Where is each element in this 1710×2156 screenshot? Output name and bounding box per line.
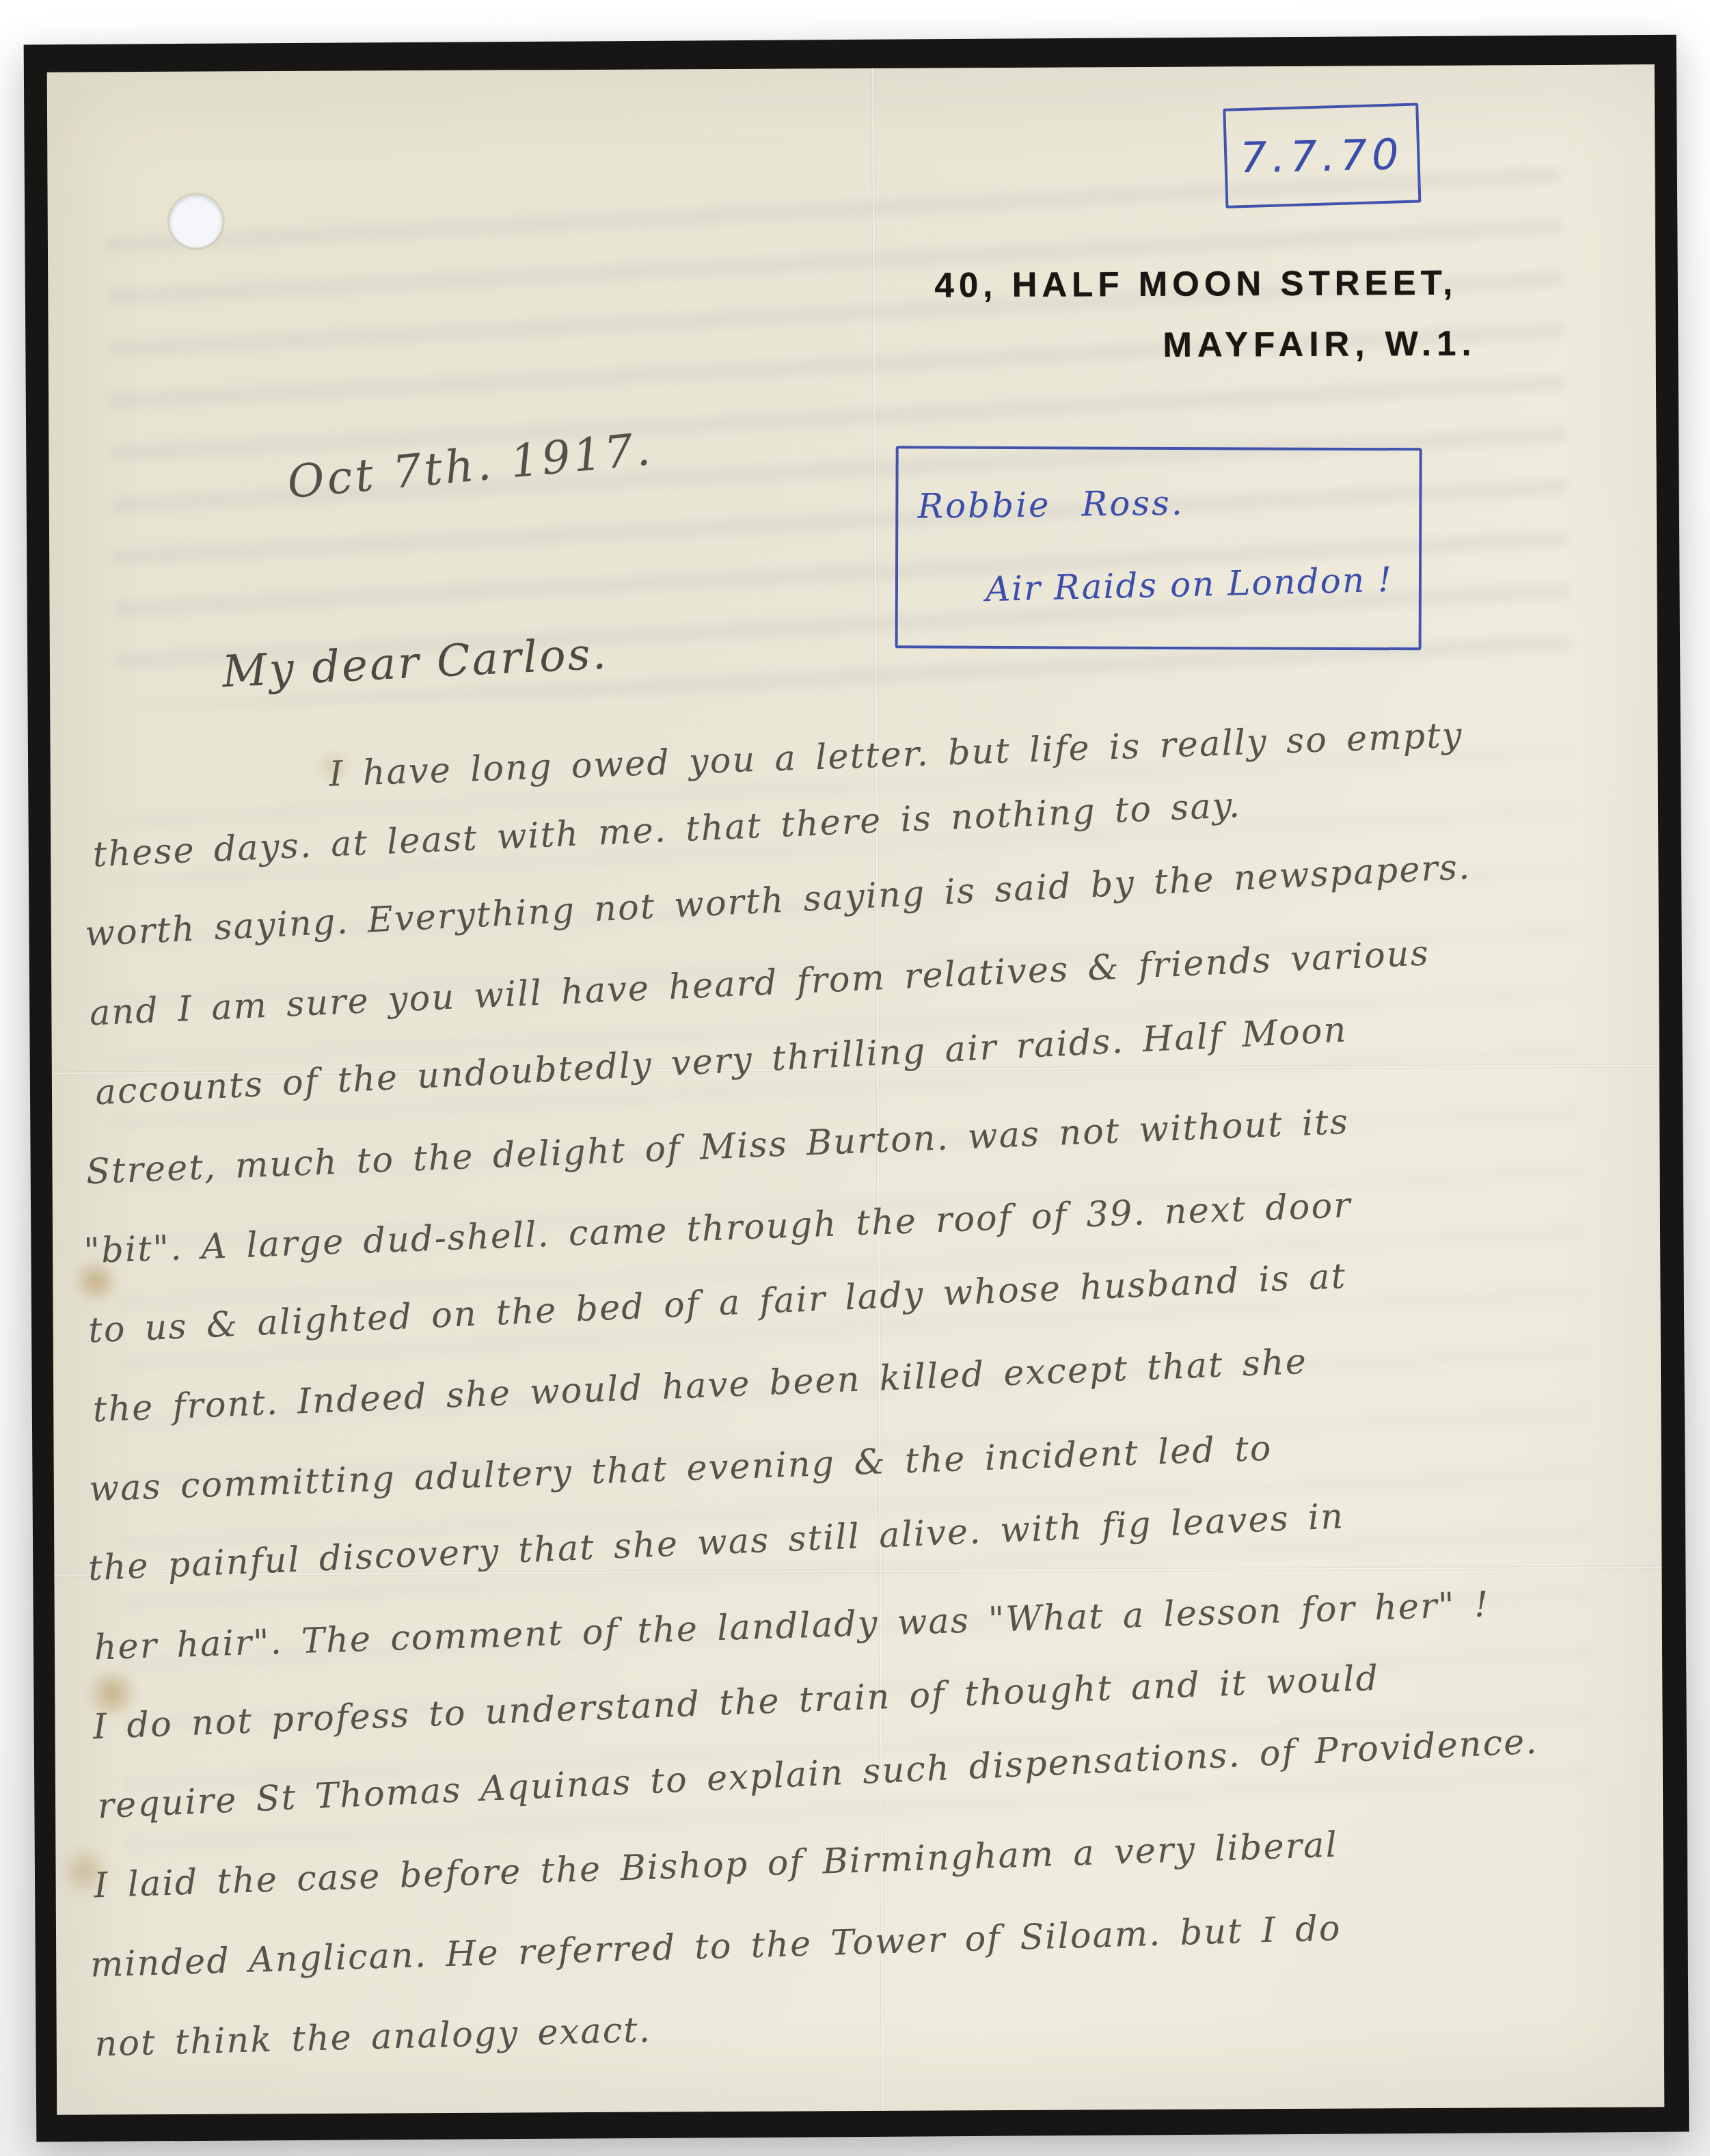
photo-background: { "annotations": { "archival_date": "7.7…: [0, 0, 1710, 2156]
body-line: not think the analogy exact.: [84, 2017, 1650, 2103]
archival-date-text: 7.7.70: [1240, 129, 1404, 182]
letterhead-district: MAYFAIR, W.1.: [787, 323, 1477, 367]
salutation: My dear Carlos.: [221, 628, 609, 697]
letterhead: 40, HALF MOON STREET, MAYFAIR, W.1.: [786, 262, 1458, 367]
subject-annotation-box: Robbie Ross. Air Raids on London !: [895, 446, 1422, 650]
letter-page: 7.7.70 40, HALF MOON STREET, MAYFAIR, W.…: [47, 64, 1665, 2114]
letterhead-street: 40, HALF MOON STREET,: [786, 262, 1457, 306]
body-line: minded Anglican. He referred to the Towe…: [83, 1937, 1649, 2024]
letter-date: Oct 7th. 1917.: [285, 422, 655, 509]
punch-hole: [169, 195, 223, 248]
letter-body: I have long owed you a letter. but life …: [78, 748, 1650, 2103]
subject-annotation-topic: Air Raids on London !: [985, 560, 1393, 609]
archival-date-stamp-box: 7.7.70: [1223, 103, 1421, 208]
subject-annotation-name: Robbie Ross.: [917, 483, 1184, 526]
